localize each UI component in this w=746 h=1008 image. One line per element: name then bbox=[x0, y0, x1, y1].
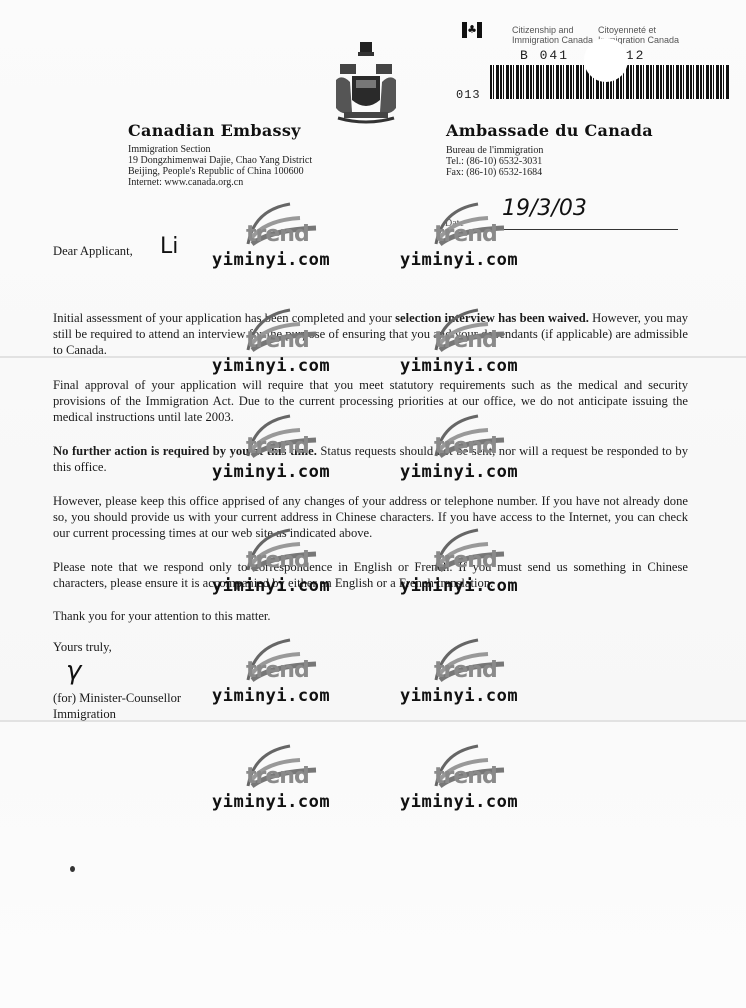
embassy-address-fr: Bureau de l'immigration Tel.: (86-10) 65… bbox=[446, 145, 543, 178]
date-label: Date bbox=[445, 218, 464, 229]
signature: γ bbox=[66, 656, 81, 686]
watermark-brand: trend bbox=[434, 764, 497, 789]
stamp-code-bottom: 013 bbox=[456, 88, 481, 102]
stamp-code-left: B 041 bbox=[520, 48, 569, 63]
watermark-brand: trend bbox=[246, 222, 309, 247]
embassy-title-en: Canadian Embassy bbox=[128, 121, 301, 140]
scanned-letter-page: ♣ Citizenship and Immigration Canada Cit… bbox=[0, 0, 746, 1008]
watermark-brand: trend bbox=[434, 222, 497, 247]
watermark-site: yiminyi.com bbox=[400, 356, 518, 376]
signatory-title: (for) Minister-Counsellor Immigration bbox=[53, 690, 181, 722]
watermark-site: yiminyi.com bbox=[212, 792, 330, 812]
trend-swoosh-icon bbox=[240, 200, 330, 250]
watermark-site: yiminyi.com bbox=[212, 686, 330, 706]
paragraph-assessment: Initial assessment of your application h… bbox=[53, 310, 688, 358]
paragraph-thanks: Thank you for your attention to this mat… bbox=[53, 608, 688, 624]
paragraph-final-approval: Final approval of your application will … bbox=[53, 377, 688, 425]
punch-hole bbox=[584, 38, 628, 82]
paragraph-keep-apprised: However, please keep this office apprise… bbox=[53, 493, 688, 541]
salutation: Dear Applicant, bbox=[53, 244, 133, 259]
trend-swoosh-icon bbox=[240, 742, 330, 792]
watermark: trend yiminyi.com bbox=[400, 636, 550, 716]
date-handwritten: 19/3/03 bbox=[502, 196, 587, 221]
scan-speck bbox=[70, 866, 75, 872]
date-underline bbox=[478, 229, 678, 230]
watermark-brand: trend bbox=[246, 764, 309, 789]
watermark: trend yiminyi.com bbox=[400, 742, 550, 822]
watermark-brand: trend bbox=[246, 658, 309, 683]
handwritten-name: Li bbox=[160, 234, 178, 259]
watermark-site: yiminyi.com bbox=[212, 250, 330, 270]
watermark: trend yiminyi.com bbox=[212, 742, 362, 822]
trend-swoosh-icon bbox=[240, 636, 330, 686]
watermark: trend yiminyi.com bbox=[212, 200, 362, 280]
watermark-site: yiminyi.com bbox=[400, 250, 518, 270]
valediction: Yours truly, bbox=[53, 640, 112, 655]
embassy-address-en: Immigration Section 19 Dongzhimenwai Daj… bbox=[128, 144, 312, 188]
watermark-site: yiminyi.com bbox=[400, 792, 518, 812]
watermark: trend yiminyi.com bbox=[212, 636, 362, 716]
paragraph-no-action: No further action is required by you at … bbox=[53, 443, 688, 475]
watermark-site: yiminyi.com bbox=[212, 356, 330, 376]
stamp-agency-en: Citizenship and Immigration Canada bbox=[512, 25, 593, 45]
embassy-title-fr: Ambassade du Canada bbox=[446, 121, 653, 140]
watermark-brand: trend bbox=[434, 658, 497, 683]
paragraph-language: Please note that we respond only to corr… bbox=[53, 559, 688, 591]
watermark-site: yiminyi.com bbox=[400, 686, 518, 706]
canada-coat-of-arms-icon bbox=[330, 40, 402, 124]
canada-flag-icon: ♣ bbox=[462, 22, 482, 38]
trend-swoosh-icon bbox=[428, 636, 518, 686]
trend-swoosh-icon bbox=[428, 742, 518, 792]
